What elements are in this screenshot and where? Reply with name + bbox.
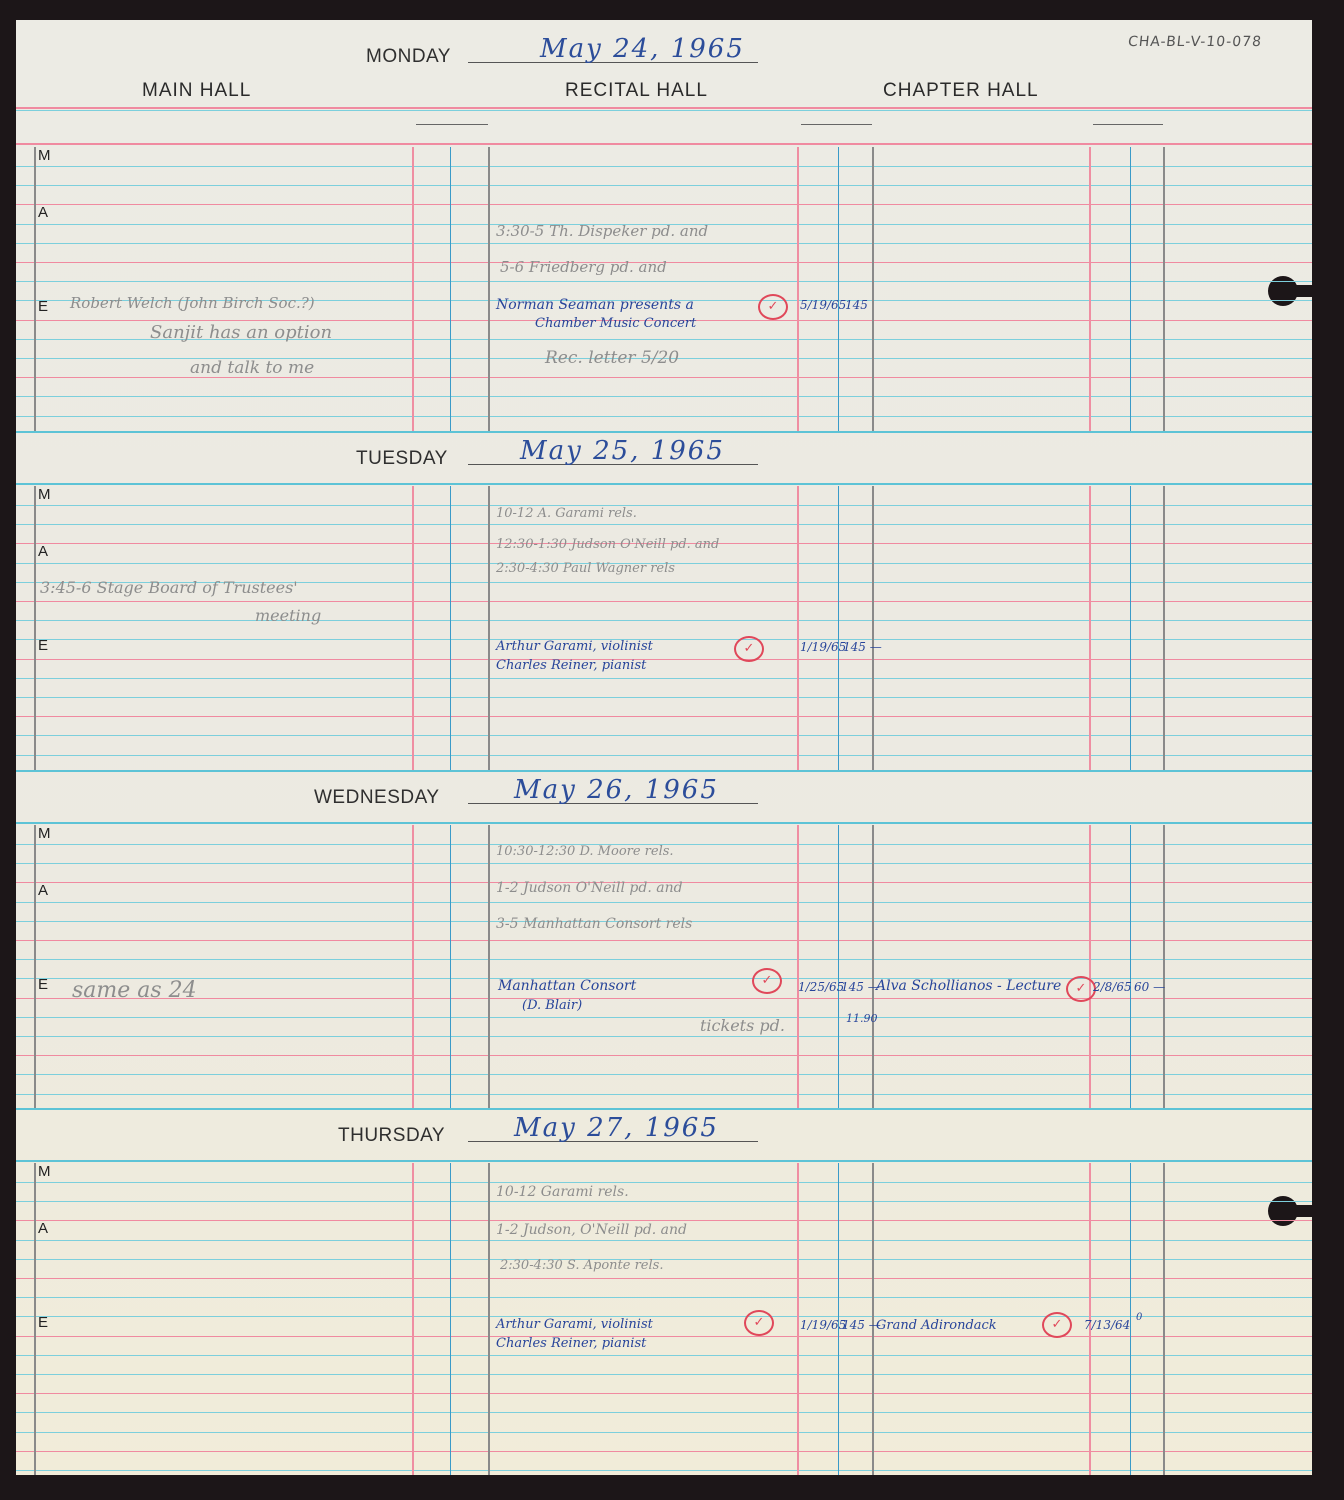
lease-divider-recital — [801, 124, 872, 125]
recital-evening-note: Rec. letter 5/20 — [545, 348, 679, 368]
column-rule — [412, 1163, 414, 1475]
ruled-line — [16, 524, 1312, 525]
ruled-line — [16, 1374, 1312, 1375]
column-rule — [838, 486, 839, 770]
column-rule — [1089, 486, 1091, 770]
ruled-line-section — [16, 940, 1312, 941]
date-tuesday: May 25, 1965 — [520, 436, 725, 466]
ruled-line-section — [16, 1336, 1312, 1337]
column-rule — [1130, 486, 1131, 770]
header-rule-bottom — [16, 143, 1312, 145]
lease-rate: 145 — — [843, 640, 882, 654]
ruled-line — [16, 902, 1312, 903]
main-hall-entry: 3:45-6 Stage Board of Trustees' — [40, 578, 298, 597]
row-label-e: E — [38, 637, 48, 654]
ruled-line — [16, 639, 1312, 640]
column-rule — [1163, 1163, 1165, 1475]
ruled-line-section — [16, 1278, 1312, 1279]
main-hall-entry: meeting — [255, 606, 321, 625]
recital-afternoon-entry: 2:30-4:30 Paul Wagner rels — [496, 561, 675, 576]
column-rule — [34, 825, 36, 1108]
ruled-line — [16, 166, 1312, 167]
recital-afternoon-entry: 1-2 Judson, O'Neill pd. and — [496, 1222, 687, 1238]
ruled-line — [16, 1182, 1312, 1183]
red-check-icon: ✓ — [758, 294, 788, 320]
ruled-line — [16, 1412, 1312, 1413]
column-rule — [488, 825, 490, 1108]
recital-evening-name: Manhattan Consort — [498, 978, 636, 994]
column-rule — [488, 1163, 490, 1475]
ruled-line — [16, 185, 1312, 186]
ruled-line — [16, 678, 1312, 679]
recital-afternoon-entry: 5-6 Friedberg pd. and — [500, 258, 667, 276]
ruled-line — [16, 1201, 1312, 1202]
row-label-e: E — [38, 298, 48, 315]
column-rule — [450, 825, 451, 1108]
lease-rate: 145 — — [841, 980, 880, 994]
row-label-e: E — [38, 976, 48, 993]
column-rule — [450, 1163, 451, 1475]
row-label-m: M — [38, 825, 51, 842]
ruled-line-section — [16, 659, 1312, 660]
document-id: CHA-BL-V-10-078 — [1127, 34, 1263, 50]
hall-title-main: MAIN HALL — [142, 80, 251, 102]
date-thursday: May 27, 1965 — [514, 1113, 719, 1143]
day-separator-bottom — [16, 1160, 1312, 1162]
header-rule-top-blue — [16, 110, 1312, 111]
date-wednesday: May 26, 1965 — [514, 775, 719, 805]
ruled-line-section — [16, 1055, 1312, 1056]
date-monday: May 24, 1965 — [540, 34, 745, 64]
ruled-line — [16, 505, 1312, 506]
column-rule — [797, 1163, 799, 1475]
row-label-e: E — [38, 1314, 48, 1331]
ruled-line — [16, 1240, 1312, 1241]
column-rule — [488, 486, 490, 770]
ruled-line — [16, 1017, 1312, 1018]
day-label-tuesday: TUESDAY — [356, 448, 448, 470]
day-label-wednesday: WEDNESDAY — [314, 787, 440, 809]
column-rule — [412, 147, 414, 432]
ruled-line — [16, 959, 1312, 960]
column-rule — [797, 486, 799, 770]
recital-afternoon-entry: 2:30-4:30 S. Aponte rels. — [500, 1258, 663, 1273]
column-rule — [1089, 147, 1091, 432]
column-rule — [412, 486, 414, 770]
column-rule — [1130, 147, 1131, 432]
ruled-line — [16, 1470, 1312, 1471]
ruled-line — [16, 1297, 1312, 1298]
column-rule — [872, 825, 874, 1108]
recital-afternoon-entry: 3:30-5 Th. Dispeker pd. and — [496, 222, 708, 240]
recital-afternoon-entry: 3-5 Manhattan Consort rels — [496, 916, 692, 932]
lease-closed-date: 2/8/65 — [1093, 980, 1132, 994]
recital-afternoon-entry: 1-2 Judson O'Neill pd. and — [496, 880, 683, 896]
column-rule — [1163, 147, 1165, 432]
ruled-line — [16, 1036, 1312, 1037]
lease-rate: 145 — — [842, 1318, 881, 1332]
recital-evening-name: (D. Blair) — [522, 998, 582, 1013]
ruled-line — [16, 416, 1312, 417]
main-hall-entry: same as 24 — [72, 978, 197, 1003]
ruled-line-section — [16, 601, 1312, 602]
ruled-line-section — [16, 1220, 1312, 1221]
red-check-icon: ✓ — [752, 968, 782, 994]
ruled-line — [16, 1094, 1312, 1095]
column-rule — [412, 825, 414, 1108]
main-hall-entry: Robert Welch (John Birch Soc.?) — [70, 294, 315, 312]
lease-divider-chapter — [1093, 124, 1163, 125]
day-label-thursday: THURSDAY — [338, 1125, 445, 1147]
lease-closed-date: 1/25/65 — [798, 980, 844, 994]
ruled-line-section — [16, 1451, 1312, 1452]
recital-evening-name: Chamber Music Concert — [535, 316, 696, 331]
ruled-line — [16, 1259, 1312, 1260]
ruled-line-section — [16, 1393, 1312, 1394]
header-rule-top — [16, 107, 1312, 109]
row-label-a: A — [38, 1220, 48, 1237]
day-separator-bottom — [16, 483, 1312, 485]
red-check-icon: ✓ — [734, 636, 764, 662]
lease-closed-date: 5/19/65 — [800, 298, 846, 312]
row-label-a: A — [38, 543, 48, 560]
hall-title-chapter: CHAPTER HALL — [883, 80, 1039, 102]
lease-rate: 0 — [1136, 1312, 1142, 1323]
column-rule — [450, 486, 451, 770]
lease-rate: 145 — [845, 298, 868, 312]
main-hall-entry: and talk to me — [190, 358, 314, 378]
day-separator-top — [16, 1108, 1312, 1110]
ruled-line — [16, 281, 1312, 282]
column-rule — [872, 486, 874, 770]
recital-morning-entry: 10-12 Garami rels. — [496, 1184, 629, 1200]
column-rule — [488, 147, 490, 432]
day-separator-top — [16, 431, 1312, 433]
column-rule — [34, 1163, 36, 1475]
ruled-line — [16, 755, 1312, 756]
lease-closed-date: 1/19/65 — [800, 1318, 846, 1332]
column-rule — [1130, 825, 1131, 1108]
column-rule — [872, 147, 874, 432]
ruled-line — [16, 863, 1312, 864]
hall-title-recital: RECITAL HALL — [565, 80, 708, 102]
red-check-icon: ✓ — [1066, 976, 1096, 1002]
ruled-line — [16, 620, 1312, 621]
ruled-line — [16, 1432, 1312, 1433]
column-rule — [1163, 825, 1165, 1108]
ruled-line — [16, 1316, 1312, 1317]
ruled-line — [16, 1355, 1312, 1356]
lease-divider-main — [416, 124, 488, 125]
chapter-evening-name: Grand Adirondack — [876, 1318, 997, 1333]
day-separator-bottom — [16, 822, 1312, 824]
column-rule — [797, 147, 799, 432]
column-rule — [1089, 825, 1091, 1108]
recital-evening-name: Arthur Garami, violinist — [496, 639, 653, 654]
recital-morning-entry: 10-12 A. Garami rels. — [496, 506, 637, 521]
ruled-line-section — [16, 204, 1312, 205]
column-rule — [34, 147, 36, 432]
recital-evening-name: Charles Reiner, pianist — [496, 1336, 646, 1351]
recital-evening-name: Arthur Garami, violinist — [496, 1317, 653, 1332]
recital-evening-name: Charles Reiner, pianist — [496, 658, 646, 673]
column-rule — [797, 825, 799, 1108]
row-label-m: M — [38, 1163, 51, 1180]
lease-closed-date: 7/13/64 — [1084, 1318, 1130, 1332]
recital-morning-entry: 10:30-12:30 D. Moore rels. — [496, 844, 674, 859]
ruled-line — [16, 396, 1312, 397]
recital-evening-note: tickets pd. — [700, 1016, 785, 1035]
lease-rate: 60 — — [1134, 980, 1165, 994]
ruled-line — [16, 978, 1312, 979]
ruled-line-section — [16, 998, 1312, 999]
main-hall-entry: Sanjit has an option — [150, 322, 332, 343]
ruled-line — [16, 1074, 1312, 1075]
red-check-icon: ✓ — [744, 1310, 774, 1336]
column-rule — [838, 825, 839, 1108]
day-label-monday: MONDAY — [366, 46, 451, 68]
column-rule — [450, 147, 451, 432]
row-label-a: A — [38, 882, 48, 899]
red-check-icon: ✓ — [1042, 1312, 1072, 1338]
column-rule — [1163, 486, 1165, 770]
chapter-evening-name: Alva Schollianos - Lecture — [876, 978, 1061, 994]
lease-closed-date: 1/19/65 — [800, 640, 846, 654]
row-label-m: M — [38, 147, 51, 164]
row-label-m: M — [38, 486, 51, 503]
recital-afternoon-entry: 12:30-1:30 Judson O'Neill pd. and — [496, 537, 719, 552]
recital-evening-name: Norman Seaman presents a — [496, 297, 694, 313]
row-label-a: A — [38, 204, 48, 221]
ruled-line — [16, 735, 1312, 736]
ruled-line — [16, 243, 1312, 244]
column-rule — [34, 486, 36, 770]
ruled-line — [16, 697, 1312, 698]
column-rule — [838, 147, 839, 432]
ruled-line-section — [16, 716, 1312, 717]
lease-rate-extra: 11.90 — [846, 1012, 878, 1025]
day-separator-top — [16, 770, 1312, 772]
